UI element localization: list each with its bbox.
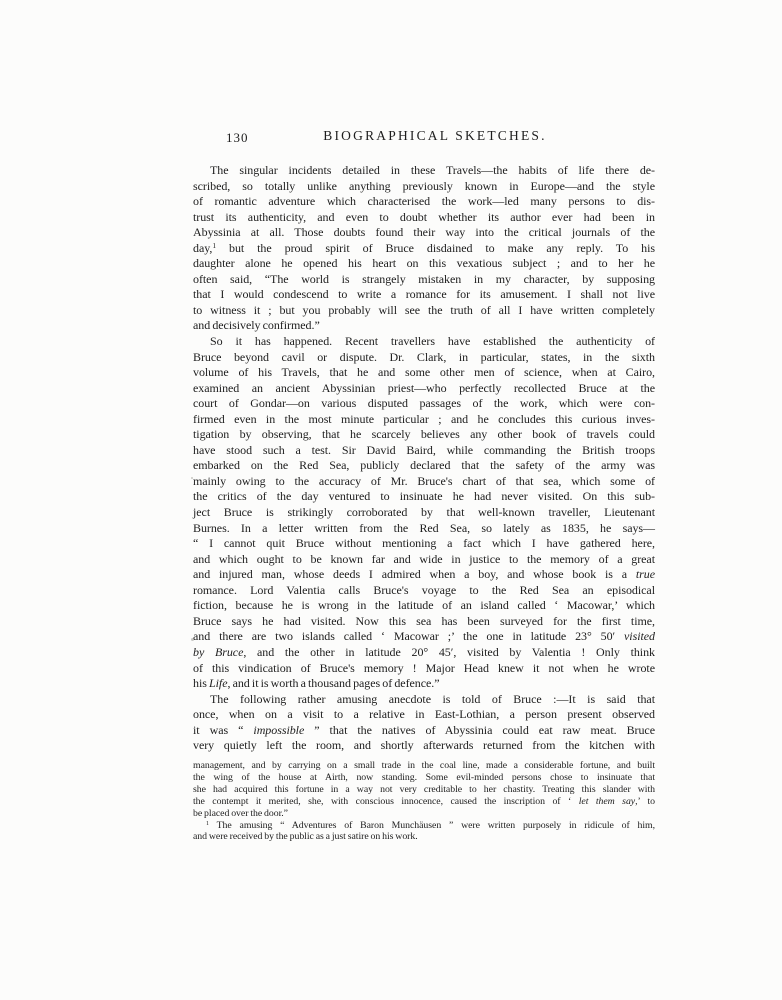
text-line: and decisively confirmed.” bbox=[193, 318, 655, 334]
text-line: the contempt it merited, she, with consc… bbox=[193, 796, 655, 808]
text-line: have stood such a test. Sir David Baird,… bbox=[193, 443, 655, 459]
page-header: 130 BIOGRAPHICAL SKETCHES. bbox=[193, 128, 655, 148]
text-line: fiction, because he is wrong in the lati… bbox=[193, 598, 655, 614]
paragraph: The following rather amusing anecdote is… bbox=[193, 692, 655, 754]
main-text-block: The singular incidents detailed in these… bbox=[193, 163, 655, 754]
text-line: volume of his Travels, that he and some … bbox=[193, 365, 655, 381]
text-line: be placed over the door.” bbox=[193, 808, 655, 820]
text-line: court of Gondar—on various disputed pass… bbox=[193, 396, 655, 412]
text-line: The following rather amusing anecdote is… bbox=[193, 692, 655, 708]
text-line: tigation by observing, that he scarcely … bbox=[193, 427, 655, 443]
text-line: often said, “The world is strangely mist… bbox=[193, 272, 655, 288]
text-line: by Bruce, and the other in latitude 20° … bbox=[193, 645, 655, 661]
text-line: she had acquired this fortune in a way n… bbox=[193, 784, 655, 796]
text-line: management, and by carrying on a small t… bbox=[193, 760, 655, 772]
running-title: BIOGRAPHICAL SKETCHES. bbox=[193, 128, 655, 144]
text-line: mainly owing to the accuracy of Mr. Bruc… bbox=[193, 474, 655, 490]
text-line: examined an ancient Abyssinian priest—wh… bbox=[193, 381, 655, 397]
text-line: daughter alone he opened his heart on th… bbox=[193, 256, 655, 272]
text-line: embarked on the Red Sea, publicly declar… bbox=[193, 458, 655, 474]
text-line: and which ought to be known far and wide… bbox=[193, 552, 655, 568]
text-line: of romantic adventure which characterise… bbox=[193, 194, 655, 210]
footnotes-block: management, and by carrying on a small t… bbox=[193, 760, 655, 843]
text-line: the wing of the house at Airth, now stan… bbox=[193, 772, 655, 784]
paragraph: So it has happened. Recent travellers ha… bbox=[193, 334, 655, 692]
text-line: Abyssinia at all. Those doubts found the… bbox=[193, 225, 655, 241]
text-line: that I would condescend to write a roman… bbox=[193, 287, 655, 303]
text-line: it was “ impossible ” that the natives o… bbox=[193, 723, 655, 739]
text-line: Bruce says he had visited. Now this sea … bbox=[193, 614, 655, 630]
text-line: his Life, and it is worth a thousand pag… bbox=[193, 676, 655, 692]
paragraph: 1 The amusing “ Adventures of Baron Munc… bbox=[193, 820, 655, 844]
text-line: trust its authenticity, and even to doub… bbox=[193, 210, 655, 226]
text-line: and were received by the public as a jus… bbox=[193, 831, 655, 843]
text-line: day,1 but the proud spirit of Bruce disd… bbox=[193, 241, 655, 257]
text-line: the critics of the day ventured to insin… bbox=[193, 489, 655, 505]
paragraph: management, and by carrying on a small t… bbox=[193, 760, 655, 820]
text-line: 1 The amusing “ Adventures of Baron Munc… bbox=[193, 820, 655, 832]
text-line: of this vindication of Bruce's memory ! … bbox=[193, 661, 655, 677]
text-line: So it has happened. Recent travellers ha… bbox=[193, 334, 655, 350]
scan-speck bbox=[191, 638, 194, 641]
text-line: ject Bruce is strikingly corroborated by… bbox=[193, 505, 655, 521]
scan-speck bbox=[191, 477, 193, 479]
text-line: to witness it ; but you probably will se… bbox=[193, 303, 655, 319]
text-line: Bruce beyond cavil or dispute. Dr. Clark… bbox=[193, 350, 655, 366]
text-line: and there are two islands called ‘ Macow… bbox=[193, 629, 655, 645]
text-line: “ I cannot quit Bruce without mentioning… bbox=[193, 536, 655, 552]
text-line: Burnes. In a letter written from the Red… bbox=[193, 521, 655, 537]
text-line: scribed, so totally unlike anything prev… bbox=[193, 179, 655, 195]
book-page: 130 BIOGRAPHICAL SKETCHES. The singular … bbox=[0, 0, 782, 1000]
text-line: very quietly left the room, and shortly … bbox=[193, 738, 655, 754]
page-number: 130 bbox=[226, 130, 249, 146]
text-line: and injured man, whose deeds I admired w… bbox=[193, 567, 655, 583]
text-line: once, when on a visit to a relative in E… bbox=[193, 707, 655, 723]
paragraph: The singular incidents detailed in these… bbox=[193, 163, 655, 334]
text-line: romance. Lord Valentia calls Bruce's voy… bbox=[193, 583, 655, 599]
text-line: firmed even in the most minute particula… bbox=[193, 412, 655, 428]
text-line: The singular incidents detailed in these… bbox=[193, 163, 655, 179]
